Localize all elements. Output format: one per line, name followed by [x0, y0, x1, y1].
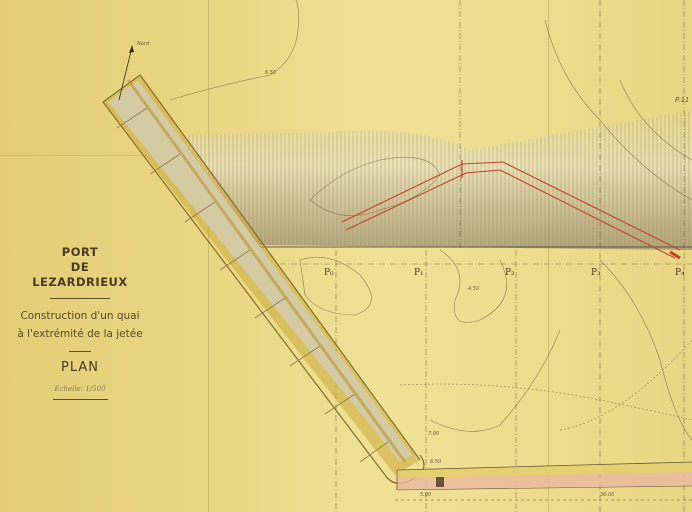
north-label: Nord [137, 41, 149, 47]
depth-label: 6.50 [430, 459, 441, 465]
divider [53, 399, 108, 400]
profile-label: P₀ [324, 268, 334, 278]
divider [50, 298, 110, 299]
profile-gridlines [280, 0, 692, 512]
profile-label: P₁ [414, 268, 424, 278]
depth-label: 36.00 [600, 492, 614, 498]
profile-label: P.11 [675, 96, 689, 104]
depth-label: 5.00 [420, 492, 431, 498]
lower-quay [395, 462, 692, 500]
divider [69, 351, 91, 352]
profile-label: P₄ [675, 268, 685, 278]
subtitle-line1: Construction d'un quai [0, 307, 160, 325]
title-block: PORT DE LEZARDRIEUX Construction d'un qu… [0, 245, 160, 408]
port-title-line3: LEZARDRIEUX [0, 275, 160, 290]
depth-label: 7.00 [428, 431, 439, 437]
plan-label: PLAN [0, 360, 160, 375]
profile-label: P₃ [591, 268, 601, 278]
depth-label: 4.50 [468, 286, 479, 292]
depth-label: 6.50 [265, 70, 276, 76]
subtitle-line2: à l'extrémité de la jetée [0, 325, 160, 343]
profile-label: P₂ [505, 268, 515, 278]
port-title-line1: PORT [0, 245, 160, 260]
port-title-line2: DE [0, 260, 160, 275]
embankment-hatching [185, 110, 692, 250]
scale-label: Echelle: 1/500 [0, 385, 160, 393]
